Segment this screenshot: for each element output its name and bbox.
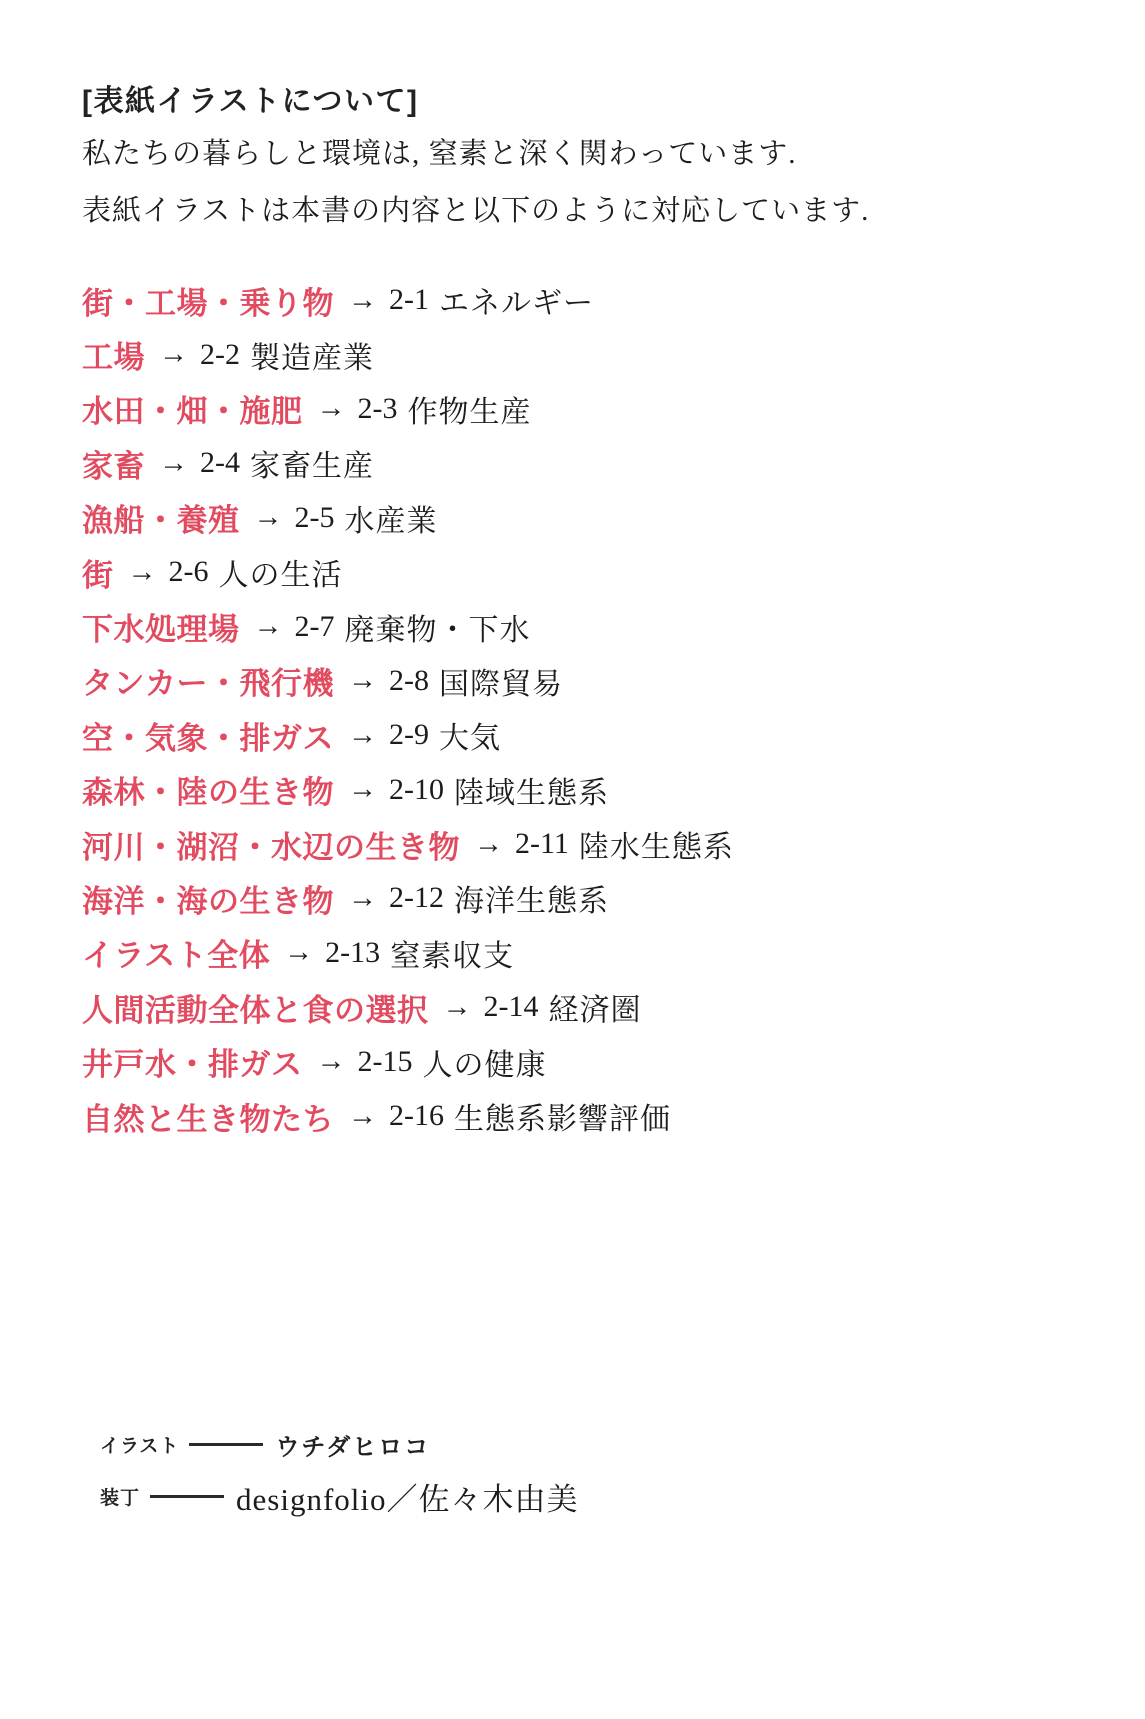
arrow-right-glyph: → bbox=[443, 991, 472, 1024]
section-topic: 陸域生態系 bbox=[454, 768, 609, 812]
cover-element-label: イラスト全体 bbox=[82, 930, 270, 975]
cover-element-label: タンカー・飛行機 bbox=[82, 658, 334, 703]
mapping-row: 人間活動全体と食の選択 → 2-14 経済圏 bbox=[82, 980, 734, 1034]
section-number: 2-11 bbox=[515, 827, 569, 861]
em-dash-rule bbox=[189, 1443, 263, 1446]
arrow-right-glyph: → bbox=[317, 1045, 346, 1078]
arrow-right-glyph: → bbox=[284, 936, 313, 969]
arrow-right-glyph: → bbox=[348, 284, 377, 317]
section-topic: 海洋生態系 bbox=[454, 876, 609, 920]
arrow-right-glyph: → bbox=[474, 828, 503, 861]
section-number: 2-7 bbox=[295, 610, 335, 644]
section-number: 2-16 bbox=[389, 1099, 444, 1133]
section-topic: 大気 bbox=[439, 713, 501, 757]
credit-role-label: 装丁 bbox=[100, 1483, 140, 1510]
page-title: [表紙イラストについて] bbox=[82, 76, 418, 120]
illustrator-name: ウチダヒロコ bbox=[275, 1427, 430, 1462]
em-dash-rule bbox=[150, 1495, 224, 1498]
cover-element-label: 井戸水・排ガス bbox=[82, 1039, 303, 1084]
mapping-row: タンカー・飛行機 → 2-8 国際貿易 bbox=[82, 654, 734, 708]
arrow-right-glyph: → bbox=[159, 447, 188, 480]
section-number: 2-4 bbox=[200, 446, 240, 480]
cover-element-label: 街 bbox=[82, 550, 114, 595]
arrow-right-glyph: → bbox=[348, 882, 377, 915]
section-number: 2-6 bbox=[169, 555, 209, 589]
section-number: 2-1 bbox=[389, 283, 429, 317]
mapping-row: 家畜 → 2-4 家畜生産 bbox=[82, 436, 734, 490]
cover-element-label: 海洋・海の生き物 bbox=[82, 876, 334, 921]
section-topic: 水産業 bbox=[345, 496, 438, 540]
mapping-row: 水田・畑・施肥 → 2-3 作物生産 bbox=[82, 382, 734, 436]
mapping-list: 街・工場・乗り物 → 2-1 エネルギー 工場 → 2-2 製造産業 水田・畑・… bbox=[82, 273, 734, 1143]
mapping-row: 下水処理場 → 2-7 廃棄物・下水 bbox=[82, 599, 734, 653]
credit-row-illustration: イラスト ウチダヒロコ bbox=[100, 1418, 579, 1470]
section-number: 2-3 bbox=[358, 392, 398, 426]
section-number: 2-8 bbox=[389, 664, 429, 698]
section-topic: 生態系影響評価 bbox=[454, 1094, 671, 1138]
cover-element-label: 街・工場・乗り物 bbox=[82, 278, 334, 323]
section-topic: 作物生産 bbox=[408, 387, 532, 431]
section-number: 2-13 bbox=[325, 936, 380, 970]
book-page: [表紙イラストについて] 私たちの暮らしと環境は, 窒素と深く関わっています. … bbox=[0, 0, 1145, 1719]
arrow-right-glyph: → bbox=[348, 719, 377, 752]
section-number: 2-9 bbox=[389, 718, 429, 752]
cover-element-label: 河川・湖沼・水辺の生き物 bbox=[82, 822, 460, 867]
section-number: 2-12 bbox=[389, 881, 444, 915]
mapping-row: 空・気象・排ガス → 2-9 大気 bbox=[82, 708, 734, 762]
cover-element-label: 森林・陸の生き物 bbox=[82, 767, 334, 812]
arrow-right-glyph: → bbox=[159, 338, 188, 371]
arrow-right-glyph: → bbox=[254, 501, 283, 534]
section-topic: 家畜生産 bbox=[250, 441, 374, 485]
section-topic: 人の生活 bbox=[219, 550, 343, 594]
credits: イラスト ウチダヒロコ 装丁 designfolio／佐々木由美 bbox=[100, 1418, 579, 1522]
arrow-right-glyph: → bbox=[254, 610, 283, 643]
cover-element-label: 下水処理場 bbox=[82, 604, 240, 649]
mapping-row: 森林・陸の生き物 → 2-10 陸域生態系 bbox=[82, 763, 734, 817]
section-number: 2-2 bbox=[200, 338, 240, 372]
section-topic: 製造産業 bbox=[250, 333, 374, 377]
section-topic: 国際貿易 bbox=[439, 659, 563, 703]
cover-element-label: 水田・畑・施肥 bbox=[82, 386, 303, 431]
cover-element-label: 空・気象・排ガス bbox=[82, 713, 334, 758]
mapping-row: 工場 → 2-2 製造産業 bbox=[82, 327, 734, 381]
mapping-row: 自然と生き物たち → 2-16 生態系影響評価 bbox=[82, 1089, 734, 1143]
section-topic: 窒素収支 bbox=[390, 931, 514, 975]
cover-element-label: 家畜 bbox=[82, 441, 145, 486]
arrow-right-glyph: → bbox=[348, 664, 377, 697]
section-number: 2-10 bbox=[389, 773, 444, 807]
cover-element-label: 人間活動全体と食の選択 bbox=[82, 985, 429, 1030]
mapping-row: 街 → 2-6 人の生活 bbox=[82, 545, 734, 599]
mapping-row: 漁船・養殖 → 2-5 水産業 bbox=[82, 491, 734, 545]
credit-row-design: 装丁 designfolio／佐々木由美 bbox=[100, 1470, 579, 1522]
cover-element-label: 自然と生き物たち bbox=[82, 1094, 334, 1139]
mapping-row: 海洋・海の生き物 → 2-12 海洋生態系 bbox=[82, 871, 734, 925]
section-topic: 廃棄物・下水 bbox=[345, 605, 531, 649]
cover-element-label: 漁船・養殖 bbox=[82, 495, 240, 540]
arrow-right-glyph: → bbox=[128, 556, 157, 589]
mapping-row: 街・工場・乗り物 → 2-1 エネルギー bbox=[82, 273, 734, 327]
arrow-right-glyph: → bbox=[317, 392, 346, 425]
mapping-row: イラスト全体 → 2-13 窒素収支 bbox=[82, 926, 734, 980]
section-topic: 陸水生態系 bbox=[579, 822, 734, 866]
designer-name: designfolio／佐々木由美 bbox=[236, 1474, 578, 1519]
section-number: 2-14 bbox=[484, 990, 539, 1024]
cover-element-label: 工場 bbox=[82, 332, 145, 377]
mapping-row: 井戸水・排ガス → 2-15 人の健康 bbox=[82, 1034, 734, 1088]
section-topic: エネルギー bbox=[439, 278, 594, 322]
section-topic: 人の健康 bbox=[423, 1040, 547, 1084]
section-number: 2-5 bbox=[295, 501, 335, 535]
section-number: 2-15 bbox=[358, 1045, 413, 1079]
intro-line-1: 私たちの暮らしと環境は, 窒素と深く関わっています. bbox=[82, 131, 796, 172]
mapping-row: 河川・湖沼・水辺の生き物 → 2-11 陸水生態系 bbox=[82, 817, 734, 871]
credit-role-label: イラスト bbox=[100, 1431, 179, 1458]
arrow-right-glyph: → bbox=[348, 1100, 377, 1133]
section-topic: 経済圏 bbox=[549, 985, 642, 1029]
arrow-right-glyph: → bbox=[348, 773, 377, 806]
intro-line-2: 表紙イラストは本書の内容と以下のように対応しています. bbox=[82, 188, 869, 229]
